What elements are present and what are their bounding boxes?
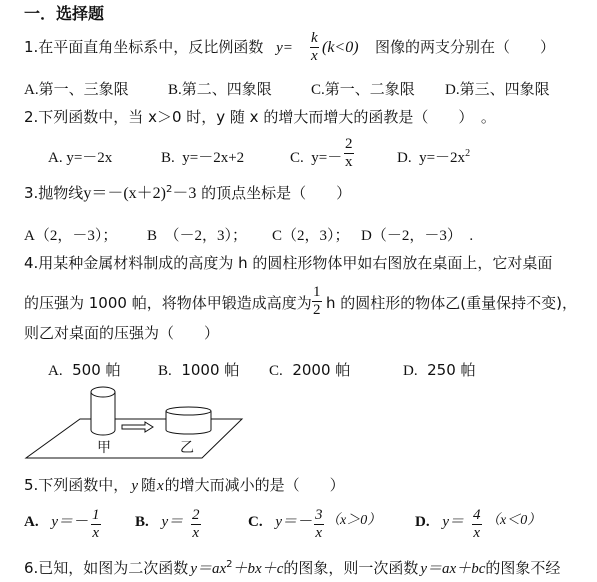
option-lhs: y＝－ xyxy=(275,514,312,530)
q2-option-a[interactable]: A. y=－2x xyxy=(48,146,112,167)
q3-option-b[interactable]: B （－2，3）； xyxy=(147,224,247,245)
figure-label-yi: 乙 xyxy=(180,441,194,455)
option-text: 250 帕 xyxy=(427,361,475,379)
q2-option-d[interactable]: D. y=－2x2 xyxy=(397,146,470,167)
frac-den: x xyxy=(344,154,354,170)
q4-option-a[interactable]: A. 500 帕 xyxy=(48,359,121,380)
frac-num: 2 xyxy=(344,137,354,154)
q1-stem: 1.在平面直角坐标系中，反比例函数 y= xyxy=(24,40,293,56)
q4-line-1: 4.用某种金属材料制成的高度为 h 的圆柱形物体甲如右图放在桌面上，它对桌面 xyxy=(24,256,552,271)
q5-c-condition: （x＞0） xyxy=(326,514,381,528)
q1-frac-den: x xyxy=(310,48,319,64)
frac-den: x xyxy=(314,525,324,541)
q5-prefix: 5.下列函数中， xyxy=(24,476,128,494)
q3-suffix: 的顶点坐标是（ ） xyxy=(201,184,351,202)
option-label: B. xyxy=(161,150,175,166)
q1-option-b[interactable]: B.第二、四象限 xyxy=(168,78,272,99)
q5-b-fraction: 2x xyxy=(190,508,202,541)
q4-option-d[interactable]: D. 250 帕 xyxy=(403,359,476,380)
option-text: 500 帕 xyxy=(72,361,120,379)
frac-num: 2 xyxy=(191,508,201,525)
q6-formula-2: y＝ax＋bc xyxy=(420,561,485,577)
q6-formula-1-tail: ＋bx＋c xyxy=(233,561,284,577)
q5-mid: 随 xyxy=(141,476,156,494)
option-text: 2000 帕 xyxy=(292,361,350,379)
q1-suffix: 图像的两支分别在（ ） xyxy=(375,40,555,55)
option-label: D. xyxy=(403,363,418,379)
q1-option-d[interactable]: D.第三、四象限 xyxy=(445,78,550,99)
option-text: 第一、二象限 xyxy=(325,80,415,98)
q4-option-c[interactable]: C. 2000 帕 xyxy=(269,359,350,380)
option-label: C. xyxy=(269,363,283,379)
q6-prefix: 6.已知，如图为二次函数 xyxy=(24,559,188,577)
q5-a-fraction: 1x xyxy=(90,508,102,541)
option-label: A. xyxy=(48,363,63,379)
frac-num: 3 xyxy=(314,508,324,525)
option-label: A. xyxy=(48,150,63,166)
option-label: D. xyxy=(397,150,412,166)
q3-option-d[interactable]: D（－2，－3） . xyxy=(361,224,473,245)
option-label: B. xyxy=(158,363,172,379)
option-label: B. xyxy=(168,82,182,98)
option-label: A. xyxy=(24,82,39,98)
section-title: 一．选择题 xyxy=(24,6,104,22)
q4-line-2-prefix: 的压强为 1000 帕，将物体甲锻造成高度为 xyxy=(24,296,312,311)
frac-num: 1 xyxy=(312,285,322,302)
q4-figure xyxy=(0,380,260,460)
q4-line-3: 则乙对桌面的压强为（ ） xyxy=(24,326,219,341)
q5-option-c[interactable]: C. y＝－ xyxy=(248,510,312,531)
option-text: 第三、四象限 xyxy=(460,80,550,98)
q5-option-a[interactable]: A. y＝－ xyxy=(24,510,88,531)
q1-option-a[interactable]: A.第一、三象限 xyxy=(24,78,129,99)
q2-option-b[interactable]: B. y=－2x+2 xyxy=(161,146,244,167)
frac-den: x xyxy=(472,525,482,541)
option-text: 第二、四象限 xyxy=(182,80,272,98)
option-text: 1000 帕 xyxy=(181,361,239,379)
option-lhs: y＝ xyxy=(442,514,464,530)
question-6: 6.已知，如图为二次函数y＝ax2＋bx＋c的图象，则一次函数y＝ax＋bc的图… xyxy=(24,561,560,577)
q6-mid: 的图象，则一次函数 xyxy=(283,559,418,577)
q1-formula-cond: (k<0) xyxy=(322,40,359,56)
option-label: B. xyxy=(135,514,149,530)
arrow-icon xyxy=(122,422,153,432)
q5-stem: 5.下列函数中，y随x的增大而减小的是（ ） xyxy=(24,478,345,494)
q5-suffix: 的增大而减小的是（ ） xyxy=(165,476,345,494)
q6-formula-1: y＝ax xyxy=(190,561,226,577)
q3-stem: 3.抛物线y＝－(x＋2)2－3 的顶点坐标是（ ） xyxy=(24,186,351,202)
q5-d-fraction: 4x xyxy=(471,508,483,541)
option-text: y=－2x+2 xyxy=(182,150,244,166)
q2-option-c[interactable]: C. y=－ xyxy=(290,146,342,167)
frac-den: x xyxy=(191,525,201,541)
q5-d-condition: （x＜0） xyxy=(486,514,541,528)
option-label: D. xyxy=(445,82,460,98)
option-label: A. xyxy=(24,514,39,530)
figure-label-jia: 甲 xyxy=(97,441,111,455)
q4-option-b[interactable]: B. 1000 帕 xyxy=(158,359,239,380)
q5-option-d[interactable]: D. y＝ xyxy=(415,510,464,531)
option-label: C. xyxy=(248,514,263,530)
q3-formula: y＝－(x＋2) xyxy=(83,185,166,202)
superscript: 2 xyxy=(465,148,470,159)
option-label: D. xyxy=(415,514,430,530)
q1-fraction: kx xyxy=(309,31,320,64)
q5-var-x: x xyxy=(157,478,164,494)
q5-c-fraction: 3x xyxy=(313,508,325,541)
q3-prefix: 3.抛物线 xyxy=(24,184,83,202)
frac-den: 2 xyxy=(312,302,322,318)
q4-line-2-suffix: h 的圆柱形的物体乙(重量保持不变)， xyxy=(326,296,577,311)
option-text: y=－ xyxy=(311,150,342,166)
option-text: y=－2x xyxy=(419,150,465,166)
frac-num: 1 xyxy=(91,508,101,525)
option-label: C. xyxy=(311,82,325,98)
frac-den: x xyxy=(91,525,101,541)
q4-fraction: 12 xyxy=(311,285,323,318)
option-lhs: y＝－ xyxy=(51,514,88,530)
q2-stem: 2.下列函数中，当 x＞0 时，y 随 x 的增大而增大的函教是（ ） 。 xyxy=(24,110,496,125)
option-lhs: y＝ xyxy=(162,514,184,530)
q3-formula-tail: －3 xyxy=(172,185,196,202)
q1-frac-num: k xyxy=(310,31,319,48)
q3-option-c[interactable]: C（2，3）； xyxy=(272,224,350,245)
option-label: C. xyxy=(290,150,304,166)
q1-formula-lhs: y= xyxy=(276,40,293,56)
option-text: 第一、三象限 xyxy=(39,80,129,98)
q3-option-a[interactable]: A（2，－3）； xyxy=(24,224,117,245)
q2-c-fraction: 2x xyxy=(343,137,355,170)
q6-suffix: 的图象不经 xyxy=(485,559,560,577)
frac-num: 4 xyxy=(472,508,482,525)
q5-var-y: y xyxy=(131,478,138,494)
q1-option-c[interactable]: C.第一、二象限 xyxy=(311,78,415,99)
q5-option-b[interactable]: B. y＝ xyxy=(135,510,183,531)
option-text: y=－2x xyxy=(66,150,112,166)
q1-prefix: 1.在平面直角坐标系中，反比例函数 xyxy=(24,38,263,56)
